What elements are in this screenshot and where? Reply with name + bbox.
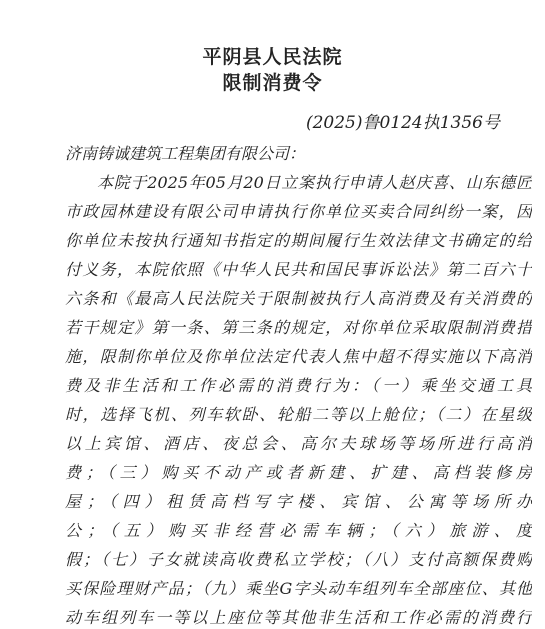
- paragraph-line: 六条和《最高人民法院关于限制被执行人高消费及有关消费的: [65, 284, 532, 313]
- paragraph-line: 动车组列车一等以上座位等其他非生活和工作必需的消费行: [65, 603, 532, 629]
- paragraph-line: 公；（五）购买非经营必需车辆；（六）旅游、度: [65, 516, 532, 545]
- document-page: 平阴县人民法院 限制消费令 (2025)鲁0124执1356号 济南铸诚建筑工程…: [0, 0, 545, 629]
- paragraph-line: 付义务，本院依照《中华人民共和国民事诉讼法》第二百六十: [65, 255, 532, 284]
- addressee-line: 济南铸诚建筑工程集团有限公司：: [65, 139, 532, 168]
- document-title: 限制消费令: [0, 70, 545, 96]
- paragraph-line: 市政园林建设有限公司申请执行你单位买卖合同纠纷一案，因: [65, 197, 532, 226]
- paragraph-line: 假；（七）子女就读高收费私立学校；（八）支付高额保费购: [65, 545, 532, 574]
- document-body: 济南铸诚建筑工程集团有限公司： 本院于2025年05月20日立案执行申请人赵庆喜…: [65, 139, 532, 629]
- paragraph-line: 施，限制你单位及你单位法定代表人焦中超不得实施以下高消: [65, 342, 532, 371]
- paragraph-line: 时，选择飞机、列车软卧、轮船二等以上舱位；（二）在星级: [65, 400, 532, 429]
- court-name: 平阴县人民法院: [0, 0, 545, 70]
- paragraph-line: 买保险理财产品；（九）乘坐G字头动车组列车全部座位、其他: [65, 574, 532, 603]
- paragraph-line: 费；（三）购买不动产或者新建、扩建、高档装修房: [65, 458, 532, 487]
- paragraph-line: 你单位未按执行通知书指定的期间履行生效法律文书确定的给: [65, 226, 532, 255]
- paragraph-line: 费及非生活和工作必需的消费行为：（一）乘坐交通工具: [65, 371, 532, 400]
- paragraph-line: 若干规定》第一条、第三条的规定，对你单位采取限制消费措: [65, 313, 532, 342]
- paragraph-line: 屋；（四）租赁高档写字楼、宾馆、公寓等场所办: [65, 487, 532, 516]
- paragraph-line: 以上宾馆、酒店、夜总会、高尔夫球场等场所进行高消: [65, 429, 532, 458]
- case-number: (2025)鲁0124执1356号: [0, 114, 545, 133]
- paragraph-line: 本院于2025年05月20日立案执行申请人赵庆喜、山东德匠: [65, 168, 532, 197]
